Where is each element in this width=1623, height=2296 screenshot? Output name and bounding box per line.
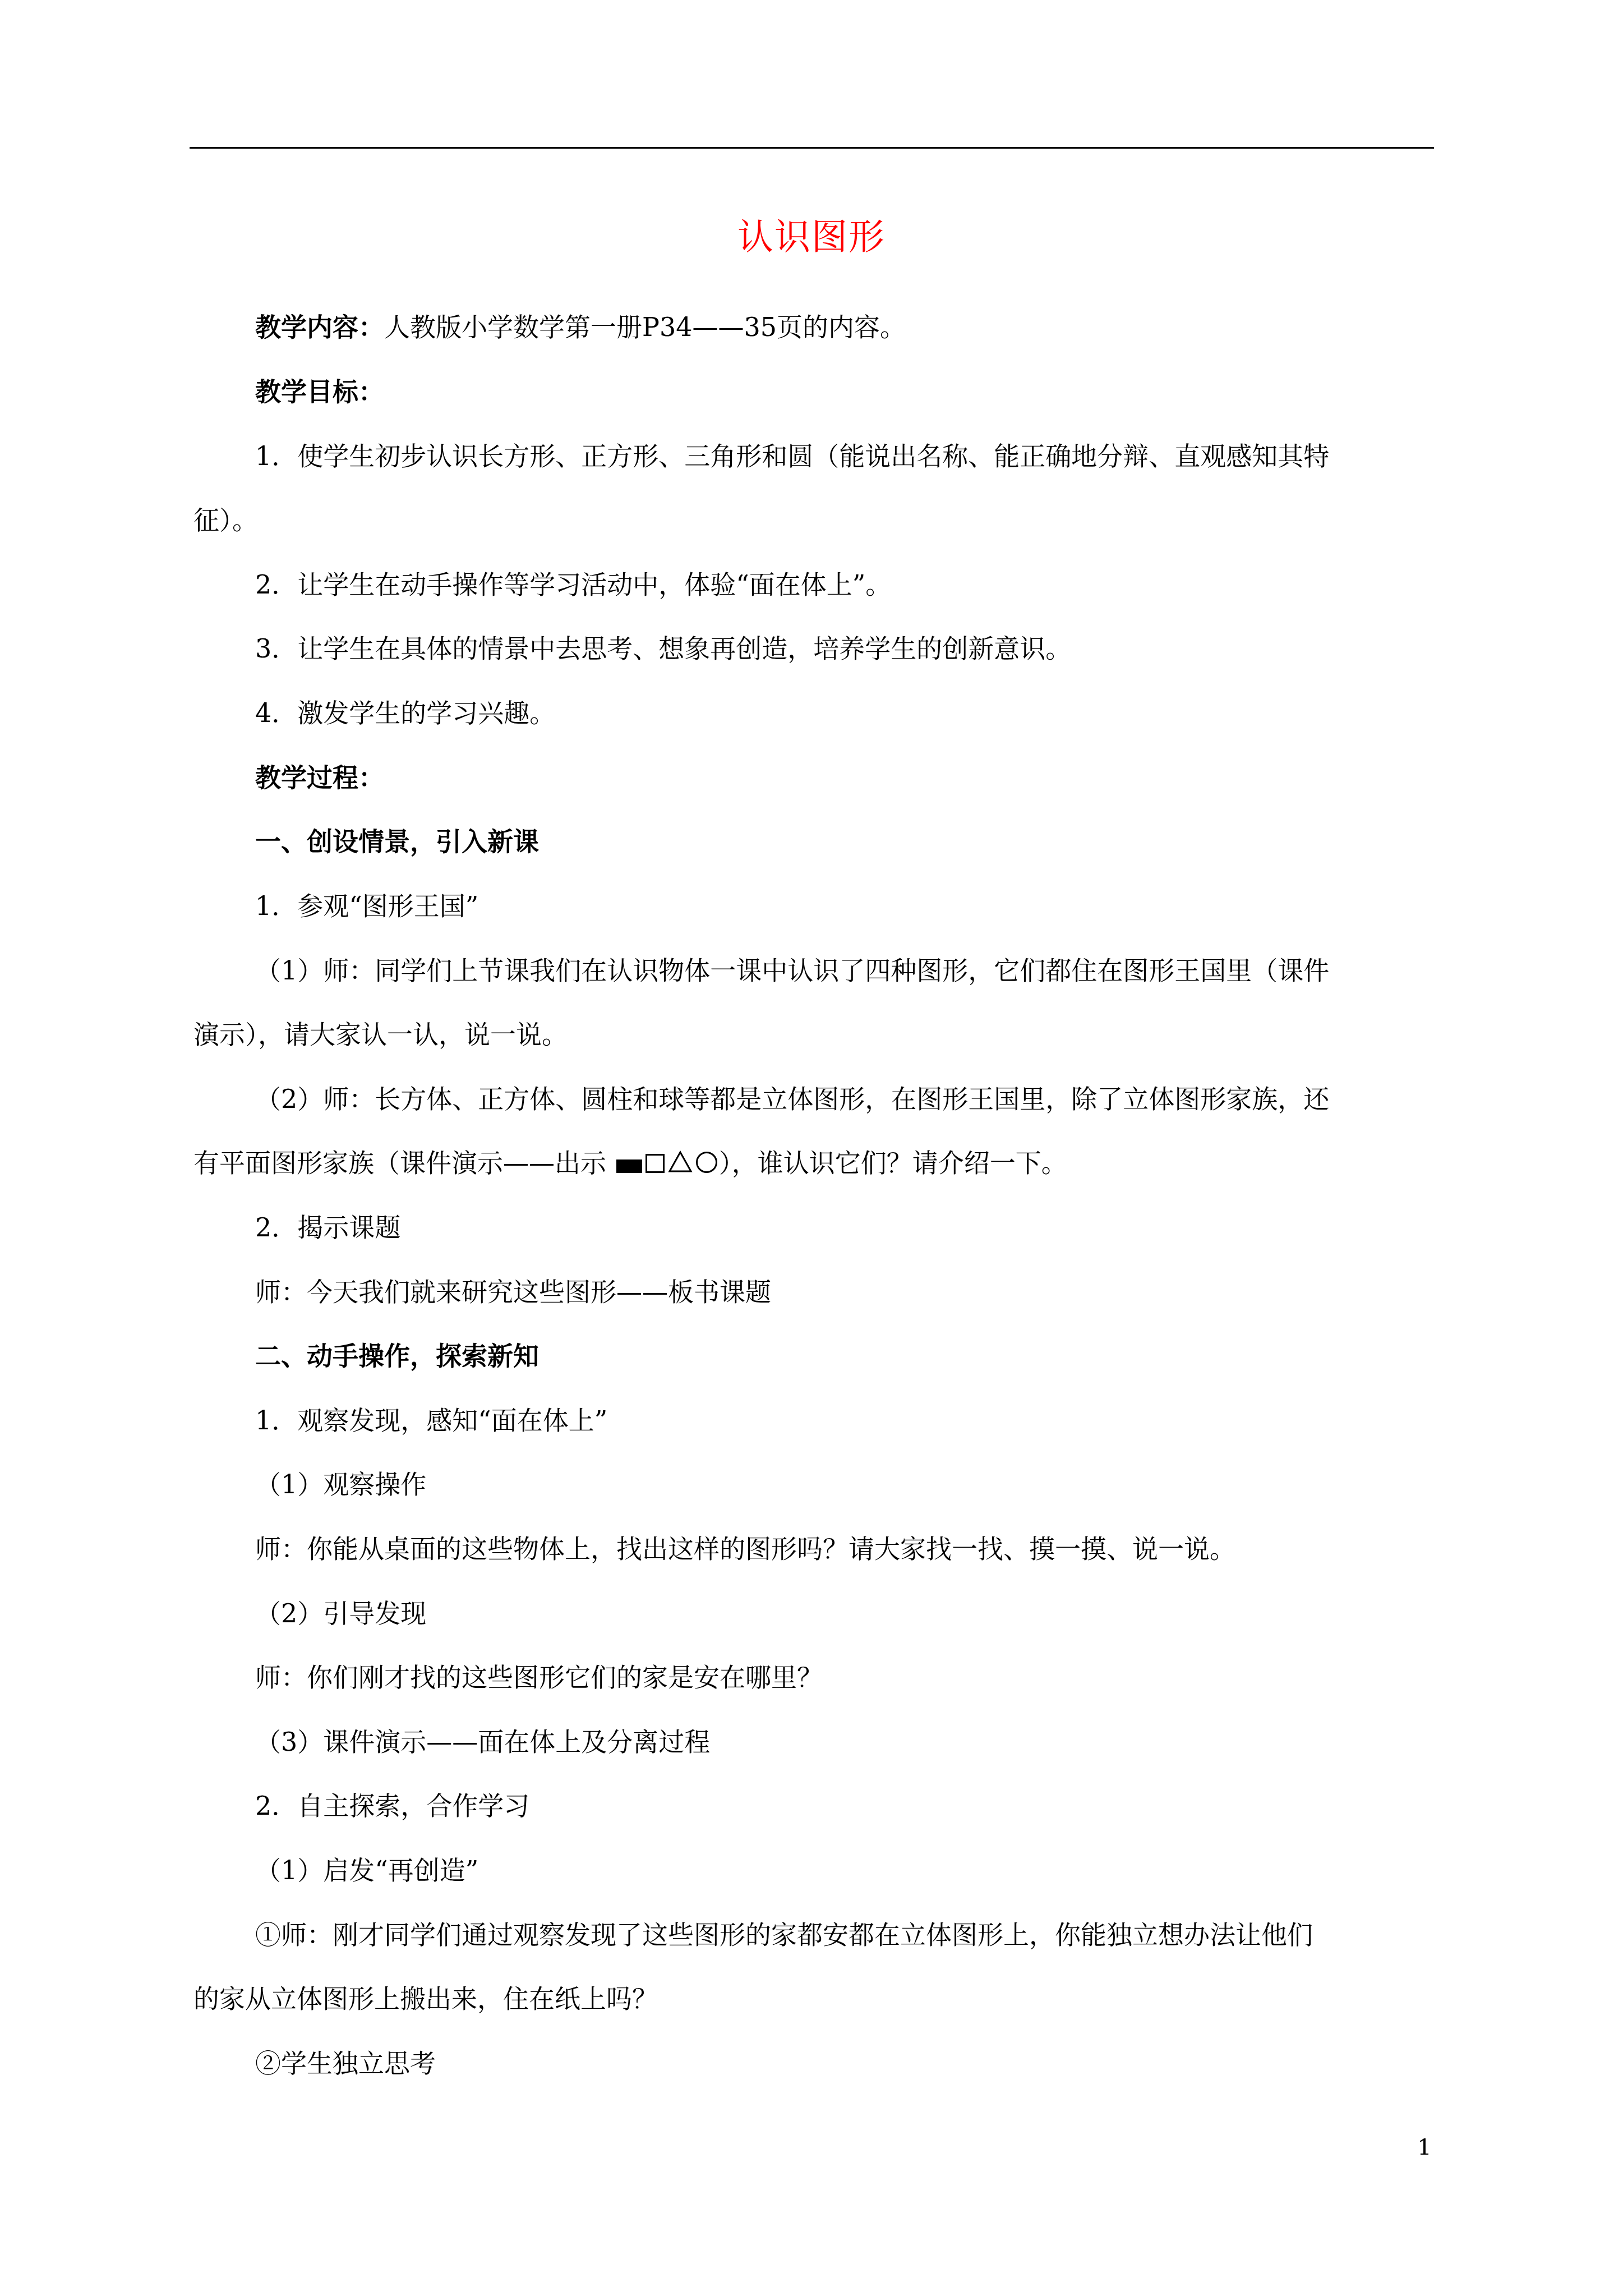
filled-rectangle-icon	[616, 1159, 642, 1173]
section-2-item-1-para-2-text: 师：你们刚才找的这些图形它们的家是安在哪里？	[255, 1660, 823, 1694]
circle-icon	[696, 1152, 717, 1173]
section-1-item-1-para-1-line-1: （1）师：同学们上节课我们在认识物体一课中认识了四种图形，它们都住在图形王国里（…	[255, 954, 1329, 987]
objective-4: 4．激发学生的学习兴趣。	[255, 696, 555, 730]
para-2-line-2-text-before: 有平面图形家族（课件演示——出示	[193, 1148, 615, 1178]
section-2-heading: 二、动手操作，探索新知	[255, 1339, 539, 1373]
page-number: 1	[1408, 2132, 1441, 2163]
section-2-item-1-para-1-text: 师：你能从桌面的这些物体上，找出这样的图形吗？请大家找一找、摸一摸、说一说。	[255, 1532, 1235, 1566]
section-1-item-1: 1．参观“图形王国”	[255, 889, 478, 923]
section-2-item-2-step-1-line-2: 的家从立体图形上搬出来，住在纸上吗？	[193, 1982, 658, 2016]
section-1-heading: 一、创设情景，引入新课	[255, 825, 539, 858]
section-2-item-2-para-1: （1）启发“再创造”	[255, 1853, 478, 1887]
objective-1-line-2: 征）。	[193, 503, 258, 537]
header-rule	[190, 147, 1434, 149]
section-2-item-2: 2．自主探索，合作学习	[255, 1789, 529, 1823]
square-icon	[645, 1154, 665, 1173]
section-2-item-1-para-3: （3）课件演示——面在体上及分离过程	[255, 1725, 710, 1759]
teaching-content-line: 教学内容：人教版小学数学第一册P34——35页的内容。	[255, 310, 906, 344]
section-2-item-2-step-1-line-1: ①师：刚才同学们通过观察发现了这些图形的家都安都在立体图形上，你能独立想办法让他…	[255, 1918, 1313, 1952]
section-2-item-1: 1．观察发现，感知“面在体上”	[255, 1404, 607, 1437]
section-1-item-2-text: 师：今天我们就来研究这些图形——板书课题	[255, 1275, 771, 1309]
objective-2: 2．让学生在动手操作等学习活动中，体验“面在体上”。	[255, 568, 891, 601]
section-1-item-2: 2．揭示课题	[255, 1211, 400, 1244]
objectives-heading: 教学目标：	[255, 375, 384, 408]
section-2-item-1-para-2: （2）引导发现	[255, 1596, 426, 1630]
triangle-icon	[668, 1151, 693, 1173]
objective-1-line-1: 1．使学生初步认识长方形、正方形、三角形和圆（能说出名称、能正确地分辩、直观感知…	[255, 439, 1329, 473]
objective-3: 3．让学生在具体的情景中去思考、想象再创造，培养学生的创新意识。	[255, 632, 1071, 665]
section-1-item-1-para-1-line-2: 演示），请大家认一认，说一说。	[193, 1018, 568, 1051]
process-heading: 教学过程：	[255, 761, 384, 794]
section-1-item-1-para-2-line-1: （2）师：长方体、正方体、圆柱和球等都是立体图形，在图形王国里，除了立体图形家族…	[255, 1082, 1329, 1116]
section-2-item-2-step-2: ②学生独立思考	[255, 2046, 436, 2080]
section-1-item-1-para-2-line-2: 有平面图形家族（课件演示——出示 ），谁认识它们？请介绍一下。	[193, 1146, 1067, 1180]
document-title: 认识图形	[0, 215, 1623, 260]
section-2-item-1-para-1: （1）观察操作	[255, 1467, 426, 1501]
teaching-content-label: 教学内容：	[255, 312, 384, 342]
para-2-line-2-text-after: ），谁认识它们？请介绍一下。	[719, 1148, 1067, 1178]
teaching-content-text: 人教版小学数学第一册P34——35页的内容。	[384, 312, 906, 342]
